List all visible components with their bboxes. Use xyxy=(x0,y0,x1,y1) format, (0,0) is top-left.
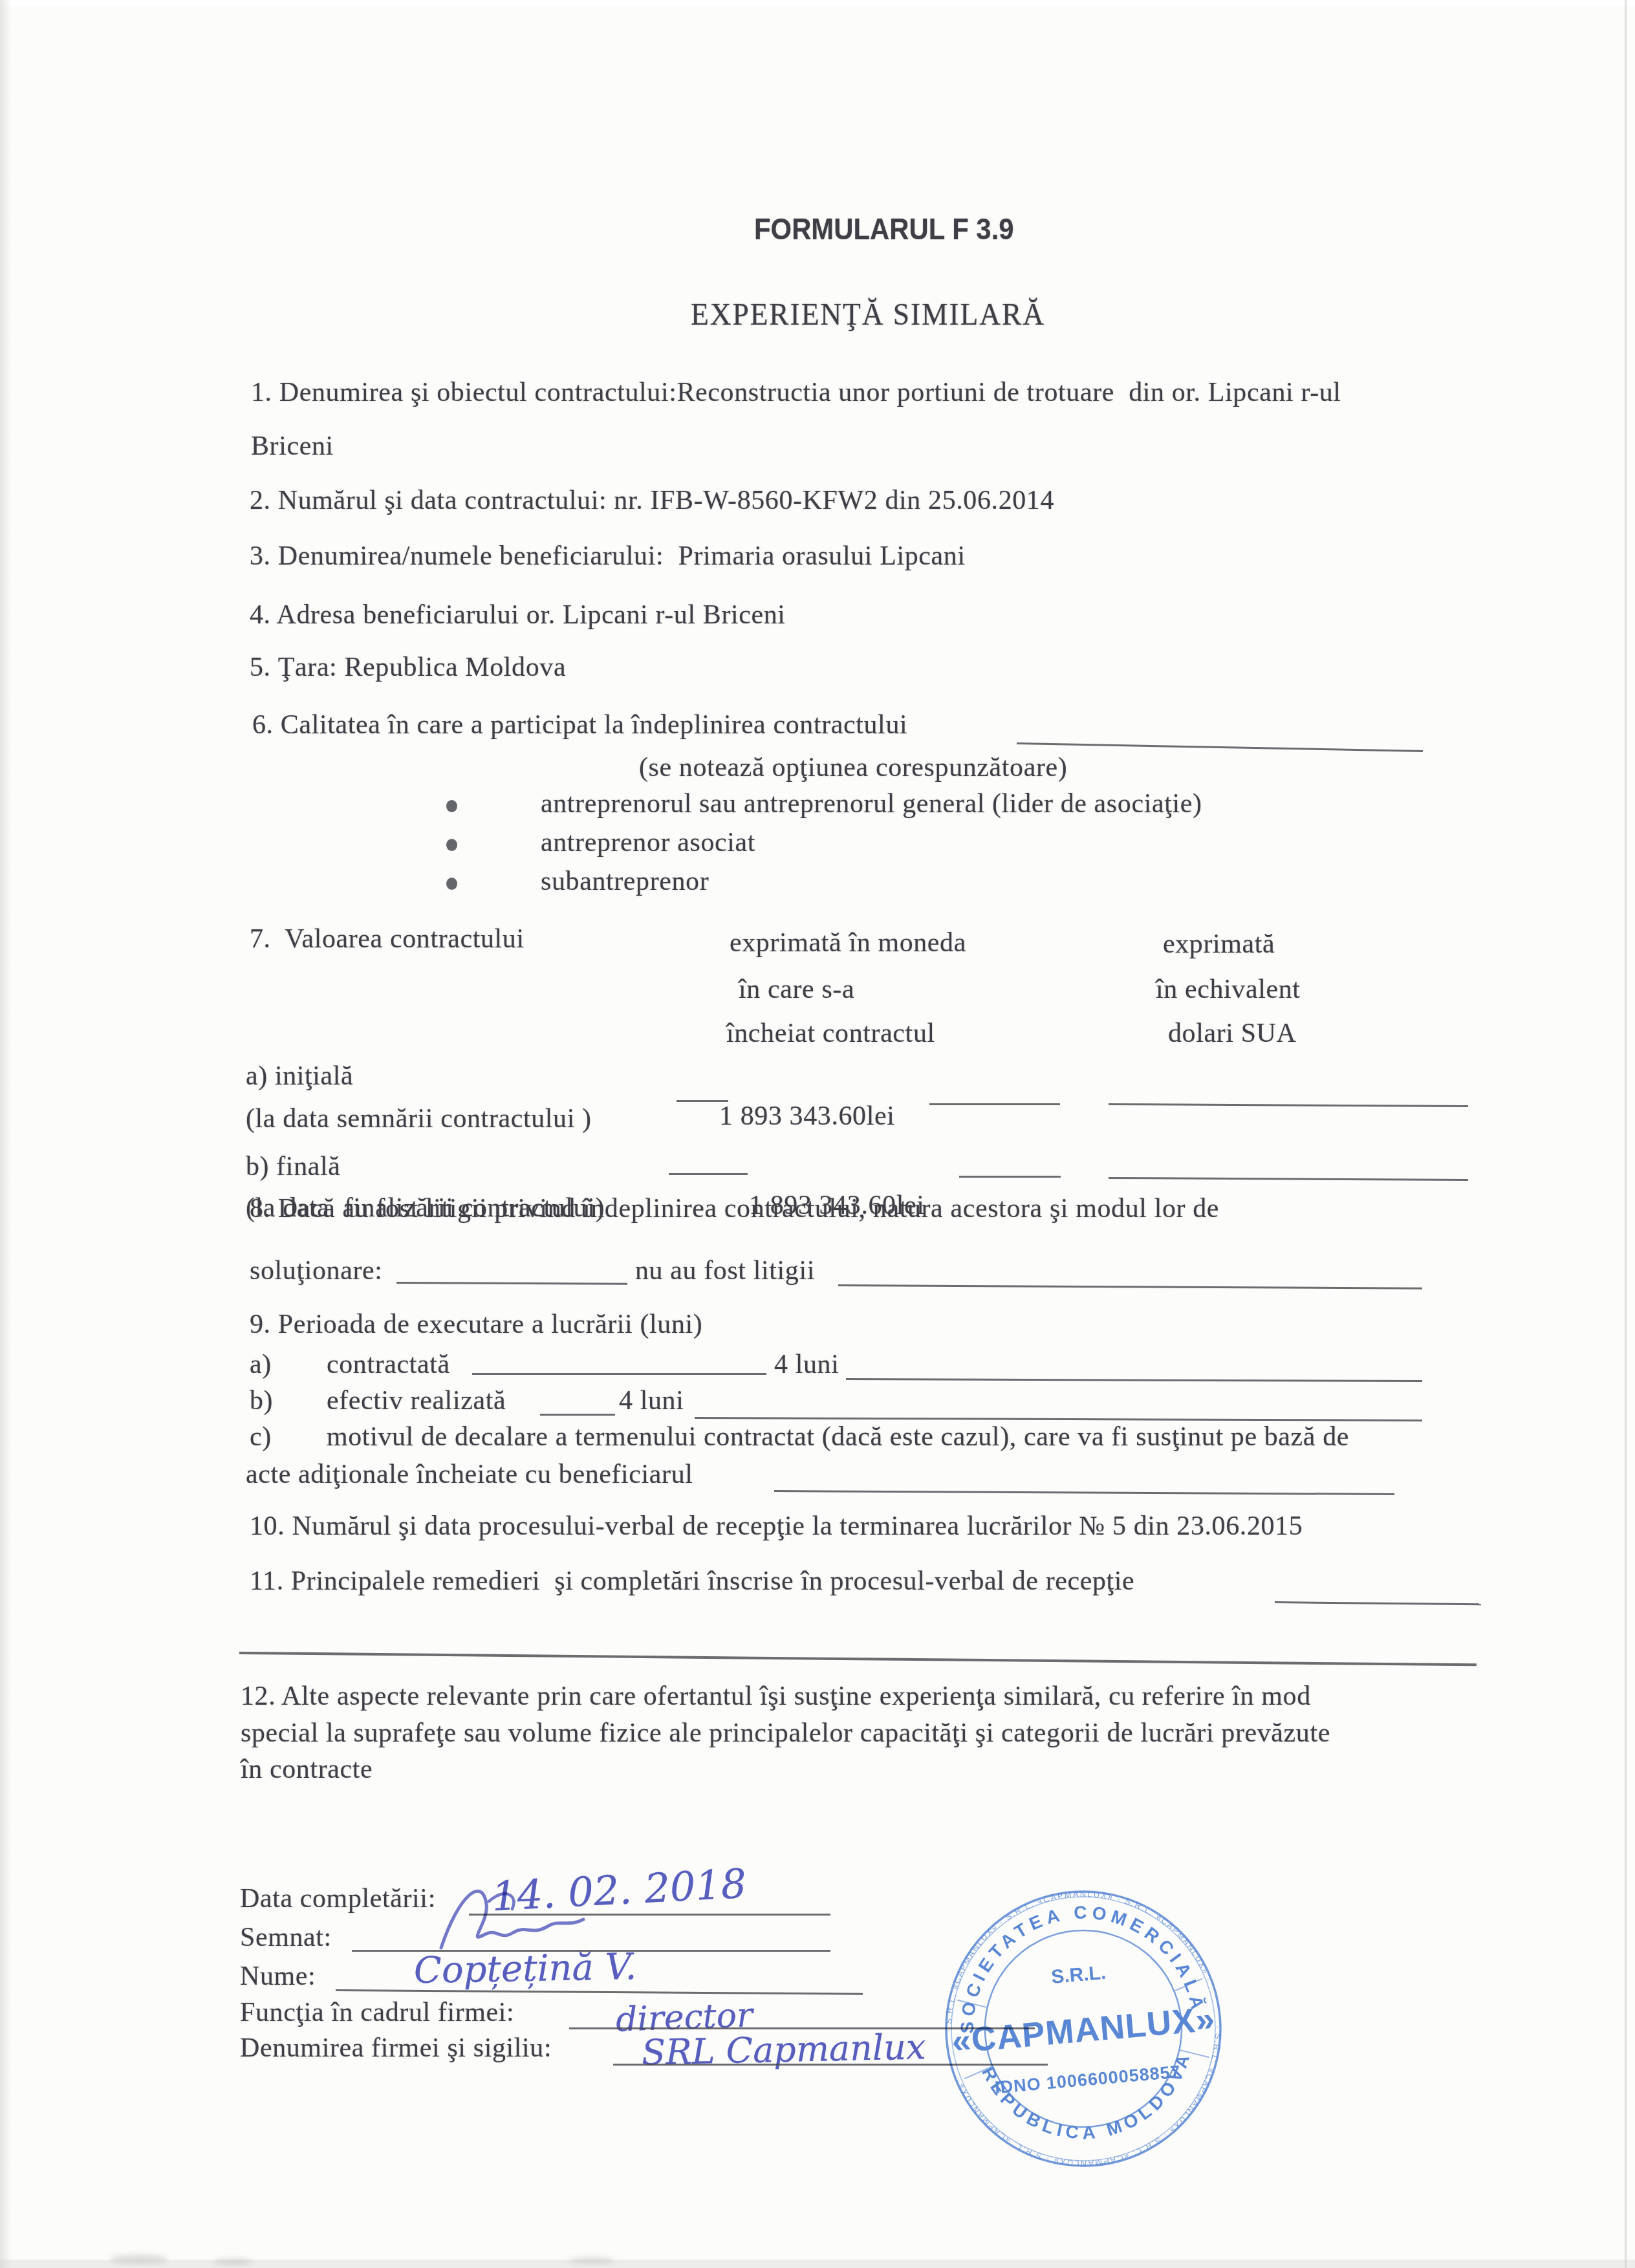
item-6-note: (se notează opţiunea corespunzătoare) xyxy=(639,752,1067,783)
blank-line xyxy=(472,1373,766,1375)
signed-label: Semnat: xyxy=(240,1922,332,1953)
item-6: 6. Calitatea în care a participat la înd… xyxy=(252,709,907,740)
item-9c-line-1: motivul de decalare a termenului contrac… xyxy=(327,1421,1349,1453)
page-title: EXPERIENŢĂ SIMILARĂ xyxy=(691,296,1045,332)
row-b-label: b) finală xyxy=(246,1151,341,1182)
bullet-icon xyxy=(446,839,457,851)
item-7-label: 7. Valoarea contractului xyxy=(250,923,525,955)
item-9: 9. Perioada de executare a lucrării (lun… xyxy=(250,1309,702,1340)
scan-smudge xyxy=(110,2254,168,2263)
scan-smudge xyxy=(213,2258,252,2265)
blank-line xyxy=(929,1103,1060,1105)
option-antreprenor-asociat: antreprenor asociat xyxy=(541,827,755,858)
item-5: 5. Ţara: Republica Moldova xyxy=(250,652,566,683)
item-8-value: nu au fost litigii xyxy=(635,1255,815,1286)
firm-handwritten: SRL Capmanlux xyxy=(641,2026,926,2073)
blank-line xyxy=(695,1417,1422,1421)
scan-edge-right xyxy=(1625,0,1627,2268)
blank-line xyxy=(540,1414,615,1416)
option-antreprenor-general: antreprenorul sau antreprenorul general … xyxy=(541,788,1202,819)
item-3: 3. Denumirea/numele beneficiarului: Prim… xyxy=(250,541,966,572)
company-stamp: · S.R.L. «CAPMANLUX» · S.R.L. «CAPMANLUX… xyxy=(941,1886,1226,2171)
usd-col-line-2: în echivalent xyxy=(1156,974,1301,1005)
item-12-line-2: special la suprafeţe sau volume fizice a… xyxy=(241,1718,1330,1749)
currency-col-line-3: încheiat contractul xyxy=(726,1018,935,1049)
item-11: 11. Principalele remedieri şi completări… xyxy=(250,1566,1134,1597)
scanned-form-page: FORMULARUL F 3.9 EXPERIENŢĂ SIMILARĂ 1. … xyxy=(0,0,1635,2268)
blank-line xyxy=(396,1282,627,1285)
item-9c-letter: c) xyxy=(250,1421,272,1453)
scan-edge-top xyxy=(0,0,1635,6)
blank-line xyxy=(1109,1177,1468,1181)
blank-line xyxy=(959,1176,1061,1178)
item-9a-letter: a) xyxy=(250,1349,272,1380)
option-subantreprenor: subantreprenor xyxy=(541,866,709,897)
item-1-line-1: 1. Denumirea şi obiectul contractului:Re… xyxy=(251,377,1341,408)
item-10: 10. Numărul şi data procesului-verbal de… xyxy=(250,1511,1303,1542)
date-label: Data completării: xyxy=(240,1883,436,1914)
bullet-icon xyxy=(446,878,457,890)
item-9c-line-2: acte adiţionale încheiate cu beneficiaru… xyxy=(246,1459,693,1490)
name-label: Nume: xyxy=(240,1961,316,1992)
firm-label: Denumirea firmei şi sigiliu: xyxy=(240,2033,552,2064)
row-a-sub: (la data semnării contractului ) xyxy=(246,1103,592,1134)
item-9a-label: contractată xyxy=(327,1349,450,1380)
name-handwritten: Copțețină V. xyxy=(413,1946,636,1992)
blank-line xyxy=(669,1173,748,1175)
blank-line xyxy=(774,1490,1394,1495)
scan-smudge xyxy=(569,2257,614,2263)
item-12-line-3: în contracte xyxy=(241,1754,373,1785)
row-a-value: 1 893 343.60lei xyxy=(719,1101,894,1132)
separator-line xyxy=(239,1652,1477,1666)
blank-line xyxy=(1109,1103,1468,1107)
form-code: FORMULARUL F 3.9 xyxy=(754,212,1014,246)
item-4: 4. Adresa beneficiarului or. Lipcani r-u… xyxy=(250,599,786,631)
bullet-icon xyxy=(446,800,457,812)
scan-edge-left xyxy=(0,0,12,2268)
item-9b-value: 4 luni xyxy=(619,1385,684,1416)
item-8-line-1: 8. Dacă au fost litigii privind îndeplin… xyxy=(250,1193,1219,1224)
currency-col-line-1: exprimată în moneda xyxy=(730,927,966,958)
item-2: 2. Numărul şi data contractului: nr. IFB… xyxy=(250,485,1054,516)
item-1-line-2: Briceni xyxy=(251,431,334,462)
blank-line xyxy=(1017,742,1423,752)
row-a-label: a) iniţială xyxy=(246,1061,353,1092)
currency-col-line-2: în care s-a xyxy=(739,974,854,1005)
stamp-srl-text: S.R.L. xyxy=(1050,1962,1107,1988)
item-9a-value: 4 luni xyxy=(774,1349,839,1380)
usd-col-line-3: dolari SUA xyxy=(1168,1018,1297,1049)
usd-col-line-1: exprimată xyxy=(1163,929,1275,960)
item-8-label: soluţionare: xyxy=(250,1255,383,1286)
blank-line xyxy=(1275,1601,1481,1605)
item-9b-label: efectiv realizată xyxy=(327,1385,506,1416)
blank-line xyxy=(846,1378,1422,1382)
blank-line xyxy=(838,1284,1422,1290)
role-label: Funcţia în cadrul firmei: xyxy=(240,1997,514,2028)
signature-line xyxy=(336,1989,863,1995)
item-9b-letter: b) xyxy=(250,1385,273,1416)
item-12-line-1: 12. Alte aspecte relevante prin care ofe… xyxy=(241,1681,1311,1712)
